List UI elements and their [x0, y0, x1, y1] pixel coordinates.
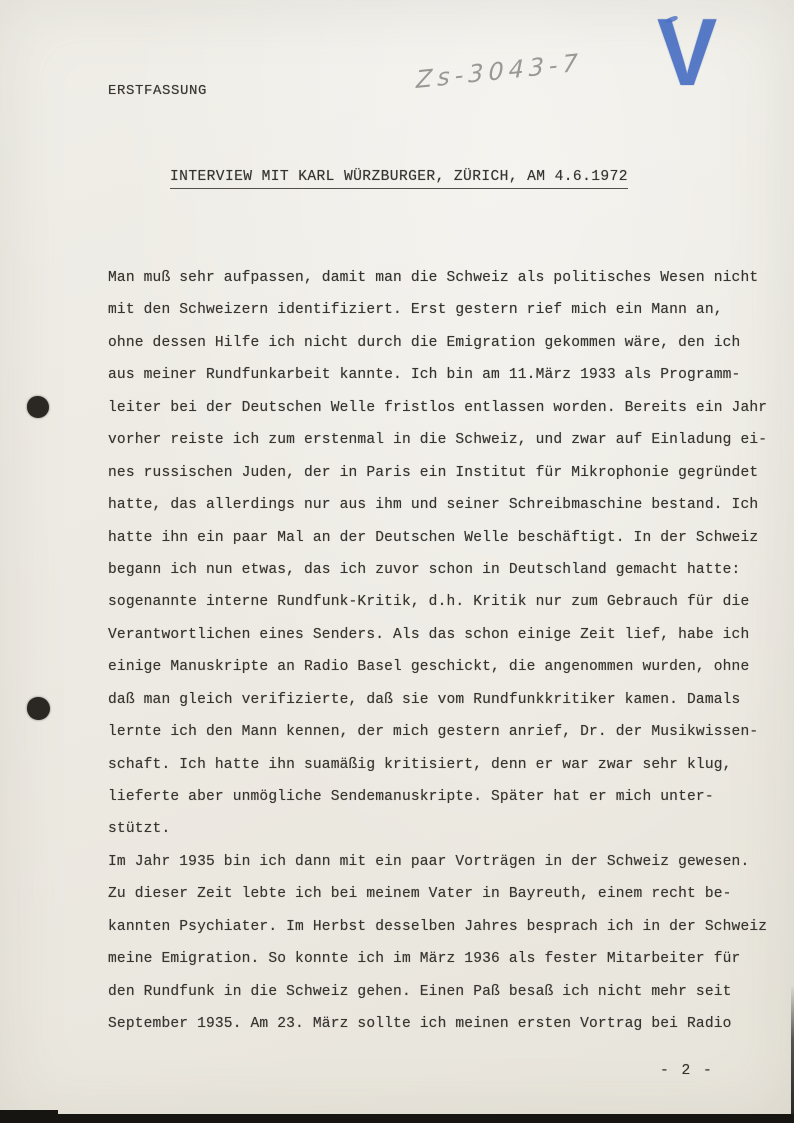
body-line: leiter bei der Deutschen Welle fristlos … [108, 392, 774, 424]
body-line: Zu dieser Zeit lebte ich bei meinem Vate… [108, 878, 774, 910]
body-line: lieferte aber unmögliche Sendemanuskript… [108, 781, 774, 813]
scanner-edge-bottom [0, 1114, 794, 1123]
document-body: Man muß sehr aufpassen, damit man die Sc… [108, 262, 774, 1041]
body-line: nes russischen Juden, der in Paris ein I… [108, 457, 774, 489]
handwritten-reference: Zs-3043-7 [416, 48, 583, 94]
scanner-edge-bottom-left [0, 1110, 58, 1123]
body-line: September 1935. Am 23. März sollte ich m… [108, 1008, 774, 1040]
hole-punch-top [27, 396, 49, 418]
body-line: Im Jahr 1935 bin ich dann mit ein paar V… [108, 846, 774, 878]
draft-label: ERSTFASSUNG [108, 83, 207, 99]
body-line: begann ich nun etwas, das ich zuvor scho… [108, 554, 774, 586]
body-line: lernte ich den Mann kennen, der mich ges… [108, 716, 774, 748]
body-line: mit den Schweizern identifiziert. Erst g… [108, 294, 774, 326]
body-line: vorher reiste ich zum erstenmal in die S… [108, 424, 774, 456]
body-line: meine Emigration. So konnte ich im März … [108, 943, 774, 975]
page-number: - 2 - [660, 1063, 714, 1079]
body-line: Verantwortlichen eines Senders. Als das … [108, 619, 774, 651]
body-line: hatte, das allerdings nur aus ihm und se… [108, 489, 774, 521]
body-line: kannten Psychiater. Im Herbst desselben … [108, 911, 774, 943]
body-line: aus meiner Rundfunkarbeit kannte. Ich bi… [108, 359, 774, 391]
body-line: stützt. [108, 813, 774, 845]
hole-punch-bottom [27, 697, 50, 720]
body-line: den Rundfunk in die Schweiz gehen. Einen… [108, 976, 774, 1008]
body-line: schaft. Ich hatte ihn suamäßig kritisier… [108, 749, 774, 781]
document-title: INTERVIEW MIT KARL WÜRZBURGER, ZÜRICH, A… [170, 169, 628, 189]
body-line: sogenannte interne Rundfunk-Kritik, d.h.… [108, 586, 774, 618]
body-line: einige Manuskripte an Radio Basel geschi… [108, 651, 774, 683]
scanned-page: ERSTFASSUNG Zs-3043-7 V INTERVIEW MIT KA… [0, 0, 794, 1123]
body-line: ohne dessen Hilfe ich nicht durch die Em… [108, 327, 774, 359]
body-line: daß man gleich verifizierte, daß sie vom… [108, 684, 774, 716]
body-line: Man muß sehr aufpassen, damit man die Sc… [108, 262, 774, 294]
body-line: hatte ihn ein paar Mal an der Deutschen … [108, 522, 774, 554]
